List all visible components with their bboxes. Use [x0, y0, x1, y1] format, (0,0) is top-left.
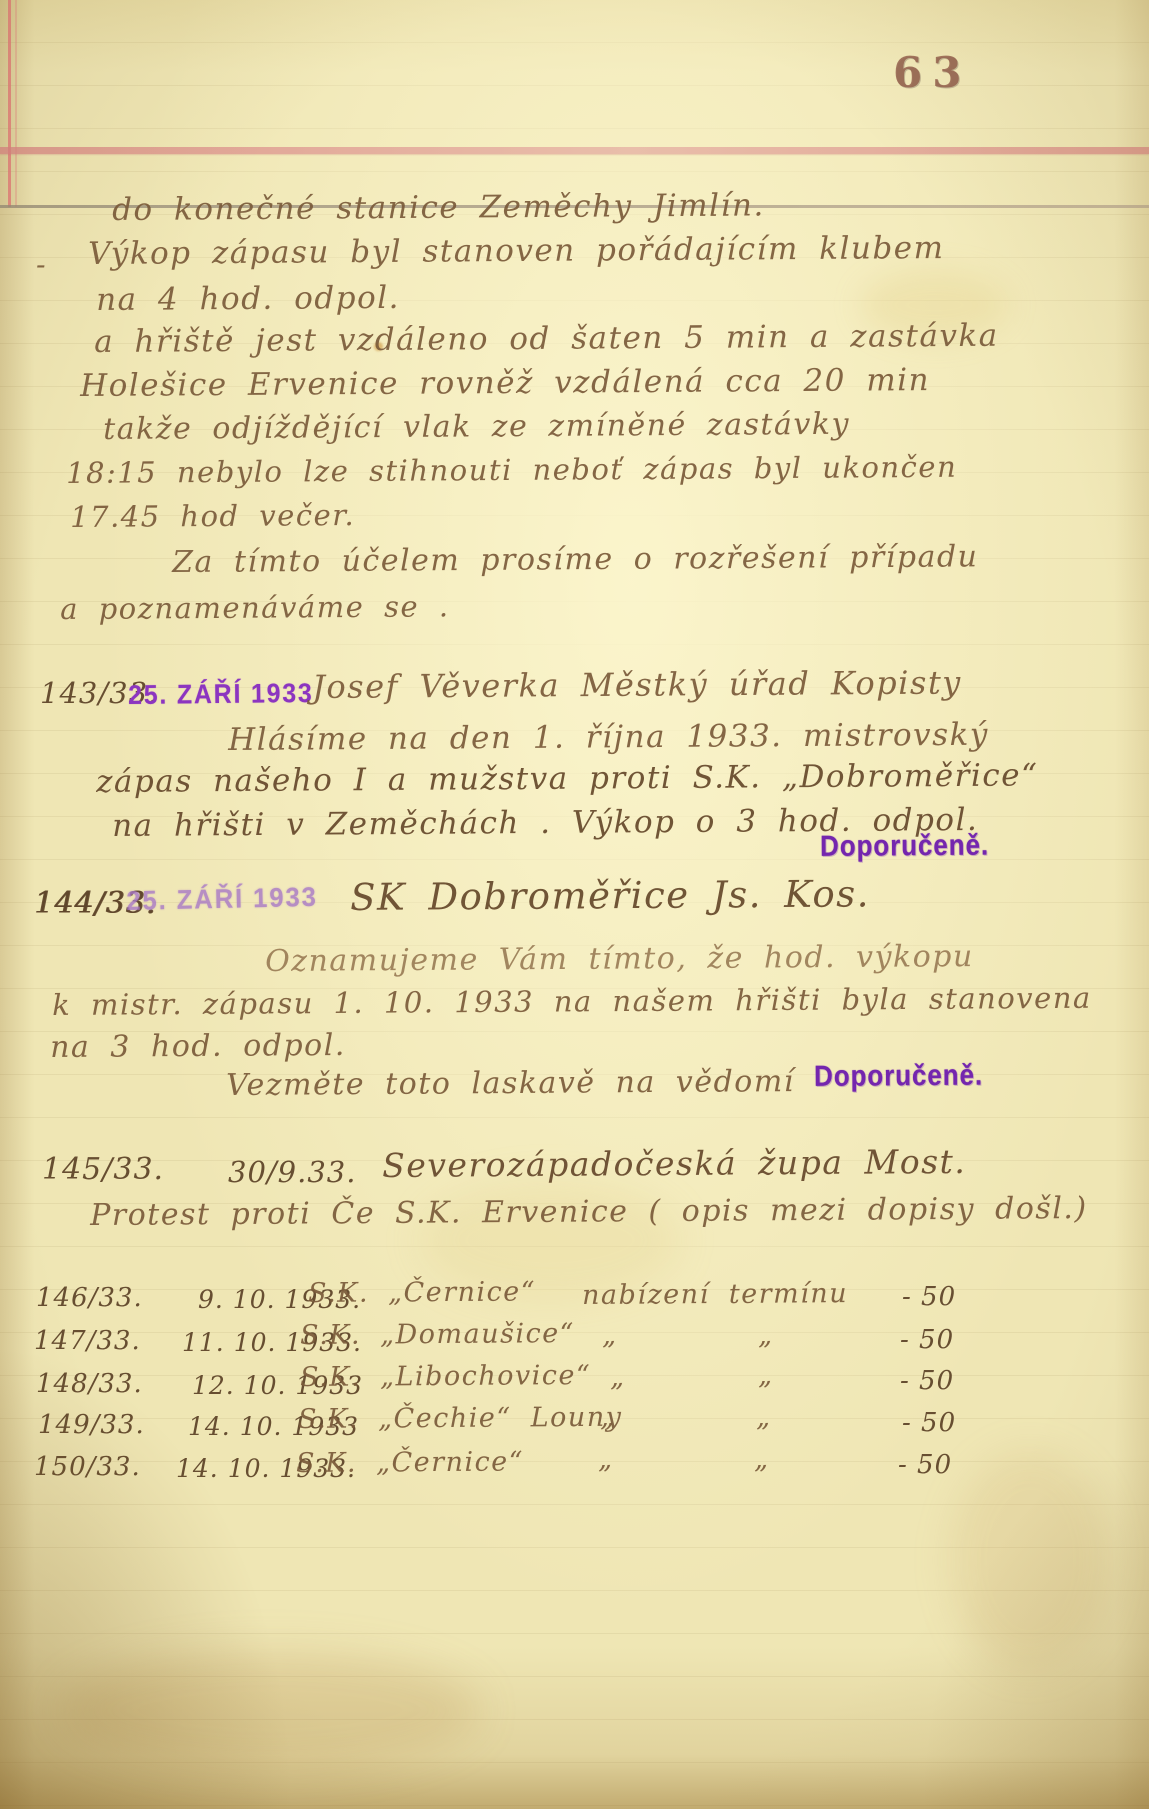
row-fee: - 50 — [900, 1325, 954, 1355]
row-club: S.K. „Černice“ — [296, 1446, 524, 1479]
row-fee: - 50 — [902, 1408, 956, 1438]
row-number: 148/33. — [36, 1369, 143, 1399]
row-number: 147/33. — [34, 1326, 141, 1356]
row-club: S.K. „Libochovice“ — [300, 1360, 591, 1393]
entry-date: 30/9.33. — [228, 1155, 356, 1189]
page-number: 63 — [893, 48, 971, 97]
row-note2: „ — [758, 1360, 774, 1391]
letter-line: na 4 hod. odpol. — [96, 280, 400, 318]
margin-mark: - — [36, 248, 47, 281]
letter-line: takže odjíždějící vlak ze zmíněné zastáv… — [103, 407, 850, 447]
registered-stamp: Doporučeně. — [814, 1059, 983, 1094]
letter-line: Holešice Ervenice rovněž vzdálená cca 20… — [80, 362, 930, 404]
row-number: 150/33. — [34, 1452, 141, 1482]
row-fee: - 50 — [898, 1450, 952, 1480]
row-club: S.K. „Čechie“ Louny — [298, 1402, 623, 1435]
row-fee: - 50 — [902, 1282, 956, 1312]
letter-line: Výkop zápasu byl stanoven pořádajícím kl… — [88, 230, 945, 272]
row-number: 146/33. — [36, 1283, 143, 1313]
entry-line: Hlásíme na den 1. října 1933. mistrovský — [228, 717, 989, 758]
entry-heading: SK Dobroměřice Js. Kos. — [350, 872, 870, 919]
letter-line: a hřiště jest vzdáleno od šaten 5 min a … — [94, 318, 999, 360]
entry-line: Vezměte toto laskavě na vědomí — [226, 1064, 795, 1103]
row-note: „ — [598, 1444, 614, 1475]
paper-stain — [60, 1650, 480, 1770]
paper-stain — [950, 1450, 1110, 1670]
row-fee: - 50 — [900, 1366, 954, 1396]
row-note: „ — [602, 1320, 618, 1351]
row-note2: „ — [754, 1444, 770, 1475]
entry-line: zápas našeho I a mužstva proti S.K. „Dob… — [96, 757, 1039, 800]
entry-line: Protest proti Če S.K. Ervenice ( opis me… — [90, 1191, 1088, 1233]
letter-line: Za tímto účelem prosíme o rozřešení příp… — [172, 539, 979, 580]
ledger-page-scan: 63 do konečné stanice Zeměchy Jimlín. - … — [0, 0, 1149, 1809]
row-note: nabízení termínu — [582, 1278, 848, 1311]
entry-heading: Josef Věverka Městký úřad Kopisty — [312, 663, 962, 706]
letter-line: 18:15 nebylo lze stihnouti neboť zápas b… — [66, 450, 957, 490]
row-note2: „ — [758, 1320, 774, 1351]
letter-line: a poznamenáváme se . — [60, 589, 450, 626]
entry-line: Oznamujeme Vám tímto, že hod. výkopu — [265, 939, 974, 979]
row-note: „ — [600, 1402, 616, 1433]
entry-line: k mistr. zápasu 1. 10. 1933 na našem hři… — [52, 981, 1092, 1022]
margin-line-red-faint — [15, 0, 17, 207]
margin-line-red — [8, 0, 11, 207]
letter-line: do konečné stanice Zeměchy Jimlín. — [112, 187, 765, 228]
row-club: S.K. „Černice“ — [308, 1276, 536, 1309]
row-number: 149/33. — [38, 1410, 145, 1440]
date-stamp: 25. ZÁŘÍ 1933 — [128, 678, 314, 711]
row-note2: „ — [756, 1402, 772, 1433]
entry-heading: Severozápadočeská župa Most. — [382, 1142, 966, 1185]
entry-number: 145/33. — [42, 1152, 164, 1187]
registered-stamp: Doporučeně. — [820, 829, 989, 864]
date-stamp: 25. ZÁŘÍ 1933 — [126, 882, 318, 917]
entry-line: na 3 hod. odpol. — [50, 1028, 346, 1065]
horizontal-rule-red — [0, 147, 1149, 154]
row-note: „ — [610, 1362, 626, 1393]
row-club: S.K. „Domaušice“ — [300, 1318, 575, 1351]
letter-line: 17.45 hod večer. — [70, 498, 355, 534]
